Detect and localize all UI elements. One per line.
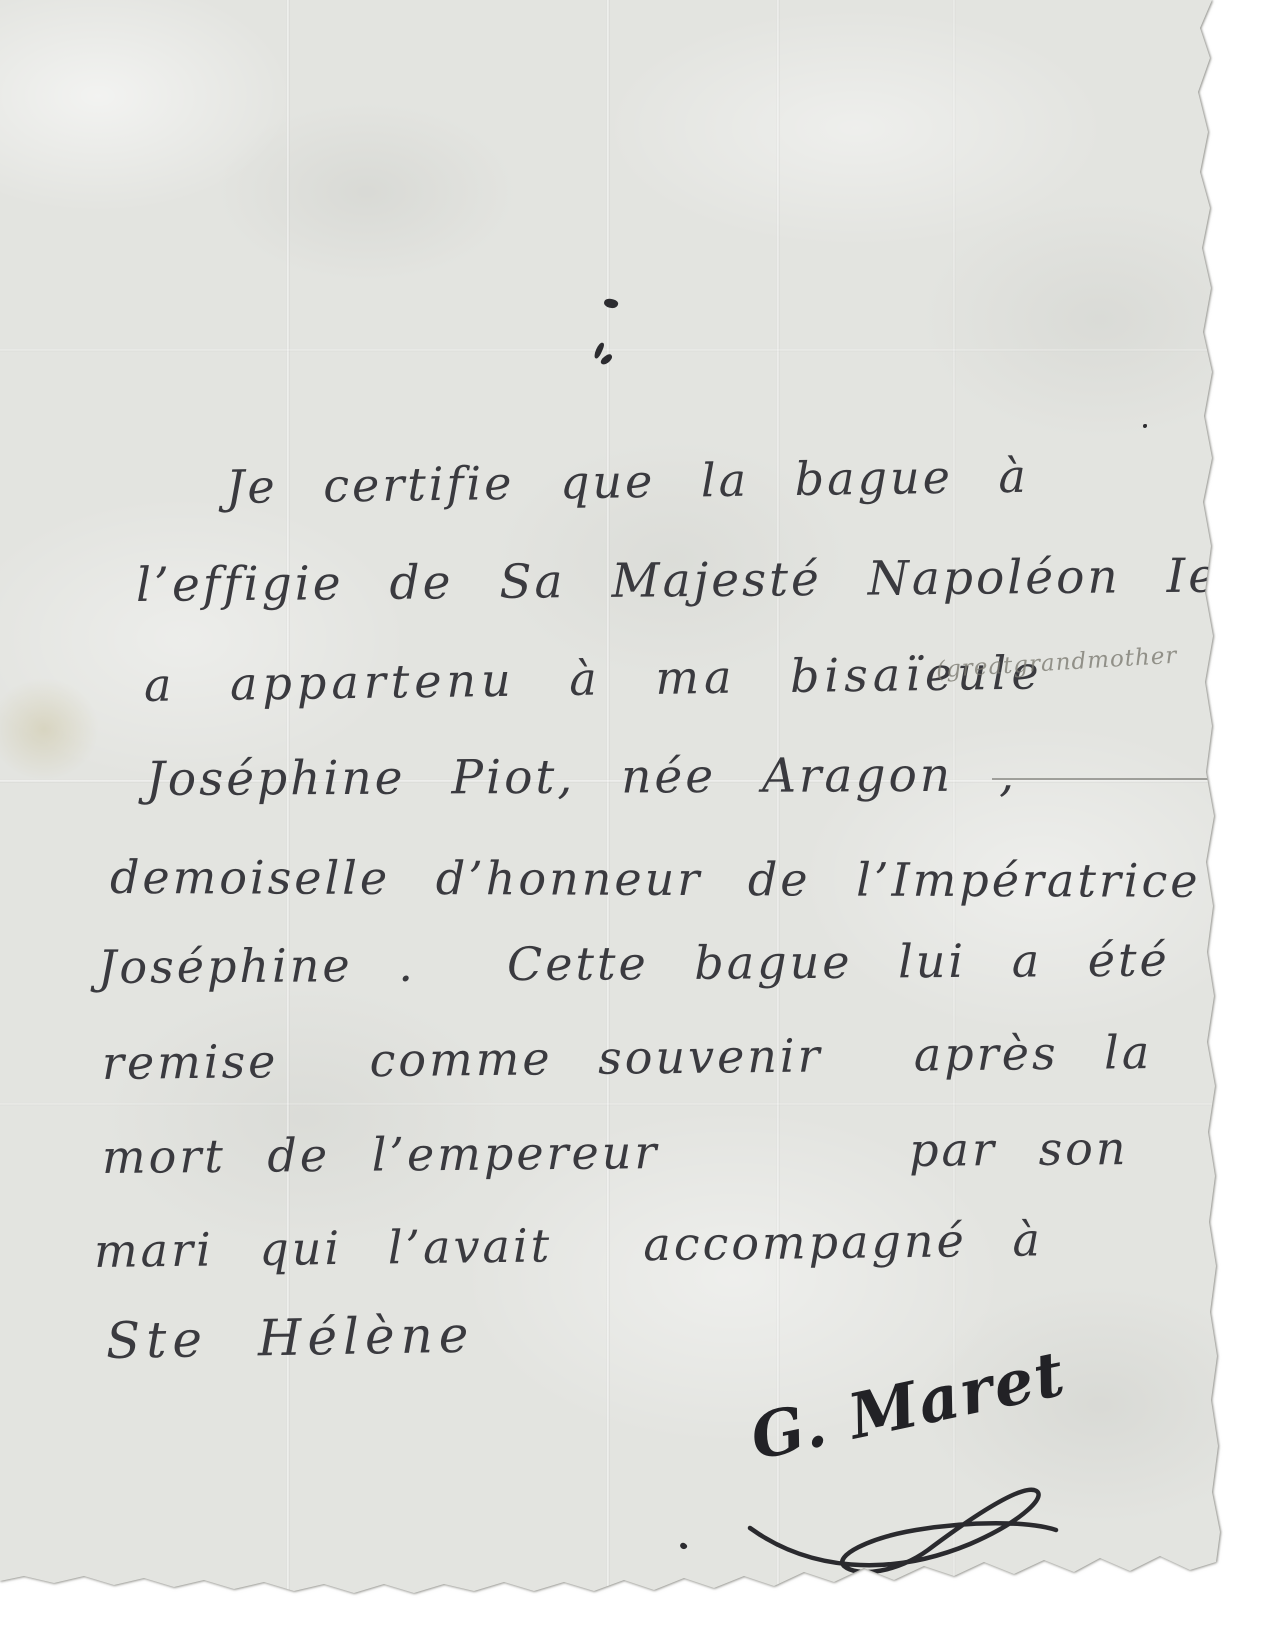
signature-text: G. Maret <box>744 1336 1072 1474</box>
handwriting-line-10: Ste Hélène <box>105 1306 474 1370</box>
letter-paper: Je certifie que la bague à l’effigie de … <box>0 0 1222 1596</box>
fold-crease-horizontal-3 <box>0 1102 1212 1106</box>
scan-background: Je certifie que la bague à l’effigie de … <box>0 0 1275 1650</box>
handwriting-line-2: l’effigie de Sa Majesté Napoléon Ier <box>136 548 1245 613</box>
handwriting-line-3: a appartenu à ma bisaïeule <box>144 645 1044 712</box>
handwriting-line-7: remise comme souvenir après la <box>102 1025 1153 1090</box>
handwriting-line-4: Joséphine Piot, née Aragon , <box>146 747 1017 807</box>
handwriting-line-1: Je certifie que la bague à <box>226 449 1030 514</box>
handwriting-line-9: mari qui l’avait accompagné à <box>94 1212 1043 1278</box>
letter-paper-wrap: Je certifie que la bague à l’effigie de … <box>0 0 1222 1600</box>
handwriting-line-6: Joséphine . Cette bague lui a été <box>98 933 1170 994</box>
signature-flourish <box>738 1466 1078 1586</box>
ink-speck-4 <box>1143 424 1147 428</box>
handwriting-line-5: demoiselle d’honneur de l’Impératrice <box>110 850 1201 908</box>
ink-speck-5 <box>679 1541 688 1550</box>
handwriting-line-8: mort de l’empereur par son <box>102 1121 1129 1184</box>
fold-crease-horizontal-1 <box>0 348 1212 352</box>
fold-crease-shadow <box>992 778 1212 780</box>
